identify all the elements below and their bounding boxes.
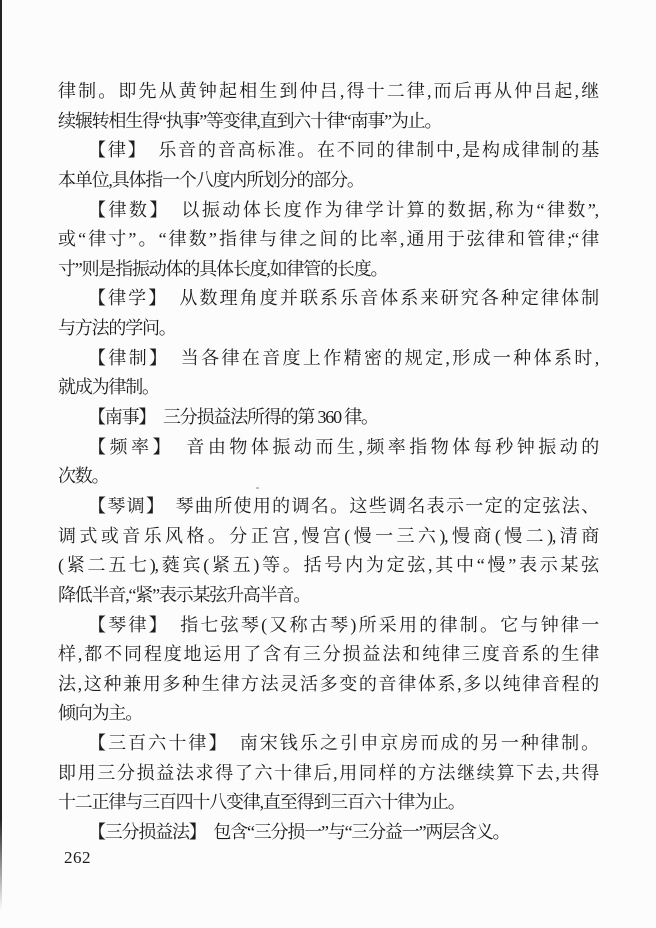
page-number: 262 [64,848,91,868]
text-line: 与方法的学问。 [58,314,598,344]
text-line: 次数。 [58,462,598,492]
text-line: 【频率】 音由物体振动而生,频率指物体每秒钟振动的 [58,433,598,463]
text-line: 就成为律制。 [58,373,598,403]
book-page: 律制。即先从黄钟起相生到仲吕,得十二律,而后再从仲吕起,继续辗转相生得“执事”等… [0,0,656,928]
text-line: 【三百六十律】 南宋钱乐之引申京房而成的另一种律制。 [58,729,598,759]
text-line: 降低半音,“紧”表示某弦升高半音。 [58,581,598,611]
text-block: 律制。即先从黄钟起相生到仲吕,得十二律,而后再从仲吕起,继续辗转相生得“执事”等… [58,77,598,848]
text-line: 【南事】 三分损益法所得的第 360 律。 [58,403,598,433]
text-line: 样,都不同程度地运用了含有三分损益法和纯律三度音系的生律 [58,640,598,670]
text-line: 倾向为主。 [58,699,598,729]
text-line: 续辗转相生得“执事”等变律,直到六十律“南事”为止。 [58,107,598,137]
text-line: 法,这种兼用多种生律方法灵活多变的音律体系,多以纯律音程的 [58,670,598,700]
text-line: 即用三分损益法求得了六十律后,用同样的方法继续算下去,共得 [58,759,598,789]
scan-edge-artifact [0,0,2,910]
text-line: 【律数】 以振动体长度作为律学计算的数据,称为“律数”, [58,196,598,226]
text-line: 【律学】 从数理角度并联系乐音体系来研究各种定律体制 [58,284,598,314]
text-line: 调式或音乐风格。分正宫,慢宫(慢一三六),慢商(慢二),清商 [58,522,598,552]
text-line: 【律制】 当各律在音度上作精密的规定,形成一种体系时, [58,344,598,374]
text-line: 律制。即先从黄钟起相生到仲吕,得十二律,而后再从仲吕起,继 [58,77,598,107]
text-line: 本单位,具体指一个八度内所划分的部分。 [58,166,598,196]
text-line: 【琴律】 指七弦琴(又称古琴)所采用的律制。它与钟律一 [58,611,598,641]
text-line: 寸”则是指振动体的具体长度,如律管的长度。 [58,255,598,285]
text-line: 十二正律与三百四十八变律,直至得到三百六十律为止。 [58,788,598,818]
text-line: 【三分损益法】 包含“三分损一”与“三分益一”两层含义。 [58,818,598,848]
text-line: (紧二五七),蕤宾(紧五)等。括号内为定弦,其中“慢”表示某弦 [58,551,598,581]
text-line: 或“律寸”。“律数”指律与律之间的比率,通用于弦律和管律;“律 [58,225,598,255]
text-line: 【律】 乐音的音高标准。在不同的律制中,是构成律制的基 [58,136,598,166]
text-line: 【琴调】 琴曲所使用的调名。这些调名表示一定的定弦法、 [58,492,598,522]
